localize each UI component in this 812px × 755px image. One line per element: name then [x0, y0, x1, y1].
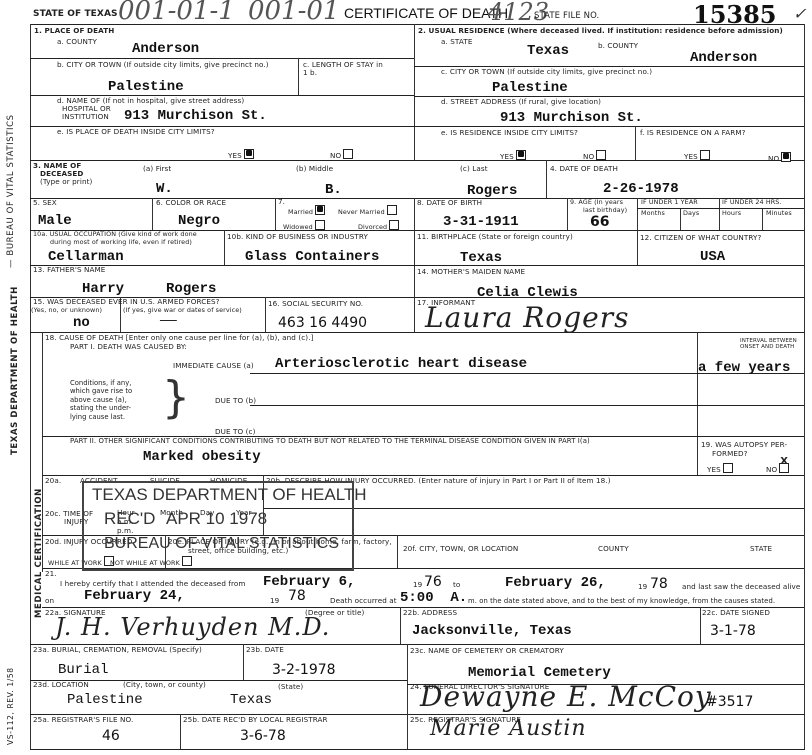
marital-never[interactable]: Never Married [338, 205, 397, 216]
to-label: to [453, 581, 460, 589]
autopsy-label-2: FORMED? [712, 450, 748, 458]
marital-label: 7. [278, 198, 285, 206]
res-city-label: c. CITY OR TOWN (If outside city limits,… [441, 68, 652, 76]
res-county-value[interactable]: Anderson [690, 50, 757, 66]
autopsy-no[interactable]: NO [766, 463, 789, 474]
immediate-cause-label: IMMEDIATE CAUSE (a) [173, 362, 254, 370]
last-seen-date[interactable]: February 24, [84, 588, 185, 604]
due-to-b-label: DUE TO (b) [215, 397, 256, 405]
director-signature[interactable]: Dewayne E. McCoy [420, 680, 712, 713]
side-label-department: TEXAS DEPARTMENT OF HEALTH [10, 286, 20, 455]
pod-inside-limits-label: e. IS PLACE OF DEATH INSIDE CITY LIMITS? [57, 128, 215, 136]
res-farm-yes-checkbox[interactable] [700, 150, 710, 160]
race-value[interactable]: Negro [178, 213, 220, 229]
res-farm-label: f. IS RESIDENCE ON A FARM? [640, 129, 746, 137]
res-farm-yes[interactable]: YES [684, 150, 710, 161]
location-state-sub-label: (State) [278, 683, 303, 691]
attended-from[interactable]: February 6, [263, 574, 355, 590]
cert-text-2: and last saw the deceased alive [682, 583, 800, 591]
armed-forces-label: 15. WAS DECEASED EVER IN U.S. ARMED FORC… [33, 298, 220, 306]
disposition-date-label: 23b. DATE [246, 646, 284, 654]
address-value[interactable]: Jacksonville, Texas [412, 623, 572, 639]
from-year-prefix: 19 [413, 581, 422, 589]
pod-county-value[interactable]: Anderson [132, 41, 199, 57]
first-name-label: (a) First [143, 165, 171, 173]
armed-sub-label-2: (If yes, give war or dates of service) [123, 307, 242, 314]
check-mark: ✓ [793, 4, 806, 23]
autopsy-yes-checkbox[interactable] [723, 463, 733, 473]
res-state-value[interactable]: Texas [527, 43, 569, 59]
death-occurred-label: Death occurred at [330, 597, 397, 605]
part1-label: PART I. DEATH WAS CAUSED BY: [70, 343, 187, 351]
res-farm-no-checkbox[interactable] [781, 152, 791, 162]
last-name-label: (c) Last [460, 165, 488, 173]
dob-value[interactable]: 3-31-1911 [443, 214, 519, 230]
dod-value[interactable]: 2-26-1978 [603, 181, 679, 197]
director-number[interactable]: #3517 [706, 694, 753, 710]
interval-value[interactable]: a few years [698, 360, 790, 376]
last-seen-year-prefix: 19 [270, 597, 279, 605]
stamp-bureau: BUREAU OF VITAL STATISTICS [104, 535, 339, 553]
armed-forces-value[interactable]: no [73, 315, 90, 331]
last-seen-year[interactable]: 78 [288, 588, 306, 604]
due-to-c-label: DUE TO (c) [215, 428, 256, 436]
mother-value[interactable]: Celia Clewis [477, 285, 578, 301]
death-time[interactable]: 5:00 A. [400, 590, 467, 606]
registrar-file-label: 25a. REGISTRAR'S FILE NO. [33, 716, 133, 724]
res-city-value[interactable]: Palestine [492, 80, 568, 96]
age-label-1: 9. AGE (In years [570, 199, 623, 206]
attended-to[interactable]: February 26, [505, 575, 606, 591]
from-year[interactable]: 76 [424, 574, 442, 590]
cert-text-3: m. on the date stated above, and to the … [468, 598, 775, 605]
marital-married[interactable]: Married [288, 205, 325, 216]
citizen-value[interactable]: USA [700, 249, 725, 265]
date-signed-value[interactable]: 3-1-78 [710, 623, 756, 639]
handwritten-code-1: 001-01-1 [118, 0, 235, 26]
to-year[interactable]: 78 [650, 576, 668, 592]
injury-county-label: COUNTY [598, 545, 629, 553]
autopsy-label-1: 19. WAS AUTOPSY PER- [701, 441, 787, 449]
mother-label: 14. MOTHER'S MAIDEN NAME [417, 268, 525, 276]
res-inside-yes-checkbox[interactable] [516, 150, 526, 160]
place-of-death-label: 1. PLACE OF DEATH [34, 27, 114, 35]
days-label: Days [683, 210, 699, 217]
physician-signature[interactable]: J. H. Verhuyden M.D. [55, 613, 330, 641]
cert-label: 21. [45, 570, 57, 578]
marital-divorced-checkbox[interactable] [389, 220, 399, 230]
cause-label: 18. CAUSE OF DEATH [Enter only one cause… [45, 334, 314, 342]
stamp-date: APR 10 1978 [166, 509, 267, 529]
disposition-label: 23a. BURIAL, CREMATION, REMOVAL (Specify… [33, 646, 202, 654]
dob-label: 8. DATE OF BIRTH [417, 199, 482, 207]
on-label: on [45, 597, 54, 605]
name-label-3: (Type or print) [40, 178, 92, 186]
age-value[interactable]: 66 [590, 214, 609, 230]
pod-institution-value[interactable]: 913 Murchison St. [124, 108, 267, 124]
interval-label-2: ONSET AND DEATH [740, 345, 794, 351]
occupation-label-1: 10a. USUAL OCCUPATION (Give kind of work… [33, 231, 197, 238]
stamp-received: REC'D [104, 509, 155, 529]
pod-inside-no-checkbox[interactable] [343, 149, 353, 159]
marital-divorced[interactable]: Divorced [358, 220, 399, 231]
sex-label: 5. SEX [33, 199, 57, 207]
location-label: 23d. LOCATION [33, 681, 89, 689]
immediate-cause-value[interactable]: Arteriosclerotic heart disease [275, 356, 527, 372]
side-label-form-id: VS-112, REV. 1/58 [6, 667, 15, 745]
res-inside-no[interactable]: NO [583, 150, 606, 161]
date-signed-label: 22c. DATE SIGNED [702, 609, 770, 617]
part2-label: PART II. OTHER SIGNIFICANT CONDITIONS CO… [70, 438, 590, 445]
marital-married-checkbox[interactable] [315, 205, 325, 215]
cert-text-1: I hereby certify that I attended the dec… [60, 580, 246, 588]
conditions-brace: } [162, 376, 190, 420]
pod-city-value[interactable]: Palestine [108, 79, 184, 95]
part2-value[interactable]: Marked obesity [143, 449, 261, 465]
side-label-bureau: — BUREAU OF VITAL STATISTICS [6, 114, 16, 268]
ssn-value[interactable]: 463 16 4490 [278, 315, 367, 331]
to-year-prefix: 19 [638, 583, 647, 591]
dod-label: 4. DATE OF DEATH [550, 165, 618, 173]
location-sub-label: (City, town, or county) [123, 681, 206, 689]
race-label: 6. COLOR OR RACE [156, 199, 226, 207]
birthplace-value[interactable]: Texas [460, 250, 502, 266]
state-file-label: STATE FILE NO. [534, 12, 599, 21]
pod-stay-label: c. LENGTH OF STAY in 1 b. [303, 61, 383, 76]
cemetery-label: 23c. NAME OF CEMETERY OR CREMATORY [410, 647, 564, 655]
informant-signature[interactable]: Laura Rogers [425, 301, 630, 334]
injury-type-label: 20a. [45, 477, 61, 485]
middle-name-value[interactable]: B. [325, 182, 342, 198]
state-label: STATE OF TEXAS [33, 10, 118, 19]
cemetery-value[interactable]: Memorial Cemetery [468, 665, 611, 681]
res-inside-limits-label: e. IS RESIDENCE INSIDE CITY LIMITS? [441, 129, 578, 137]
received-stamp: TEXAS DEPARTMENT OF HEALTH REC'D APR 10 … [82, 481, 354, 571]
res-inside-yes[interactable]: YES [500, 150, 526, 161]
pod-inside-yes[interactable]: YES [228, 149, 254, 160]
minutes-label: Minutes [766, 210, 792, 217]
stamp-department: TEXAS DEPARTMENT OF HEALTH [92, 485, 367, 505]
under-year-label: IF UNDER 1 YEAR [641, 199, 698, 206]
disposition-value[interactable]: Burial [58, 662, 108, 678]
autopsy-yes[interactable]: YES [707, 463, 733, 474]
pod-institution-label-3: INSTITUTION [62, 113, 109, 121]
under-24-label: IF UNDER 24 HRS. [722, 199, 782, 206]
res-county-label: b. COUNTY [598, 42, 638, 50]
registrar-file-value[interactable]: 46 [102, 728, 120, 744]
ssn-label: 16. SOCIAL SECURITY NO. [268, 300, 363, 308]
first-name-value[interactable]: W. [156, 181, 173, 197]
pod-inside-yes-checkbox[interactable] [244, 149, 254, 159]
sex-value[interactable]: Male [38, 213, 72, 229]
disposition-date-value[interactable]: 3-2-1978 [272, 662, 336, 678]
pod-inside-no[interactable]: NO [330, 149, 353, 160]
service-value[interactable]: —— [160, 313, 177, 329]
location-city-value[interactable]: Palestine [67, 692, 143, 708]
conditions-note: Conditions, if any, which gave rise to a… [70, 379, 132, 421]
hours-label: Hours [722, 210, 741, 217]
father-value[interactable]: Harry Rogers [82, 281, 216, 297]
marital-never-checkbox[interactable] [387, 205, 397, 215]
father-label: 13. FATHER'S NAME [33, 266, 105, 274]
res-street-value[interactable]: 913 Murchison St. [500, 110, 643, 126]
armed-sub-label-1: (Yes, no, or unknown) [31, 307, 102, 314]
marital-widowed[interactable]: Widowed [283, 220, 325, 231]
res-state-label: a. STATE [441, 38, 472, 46]
age-label-2: last birthday) [583, 207, 627, 214]
business-label: 10b. KIND OF BUSINESS OR INDUSTRY [227, 233, 368, 241]
registrar-date-label: 25b. DATE REC'D BY LOCAL REGISTRAR [183, 716, 328, 724]
residence-label: 2. USUAL RESIDENCE (Where deceased lived… [418, 27, 783, 35]
res-street-label: d. STREET ADDRESS (If rural, give locati… [441, 98, 601, 106]
registrar-date-value[interactable]: 3-6-78 [240, 728, 286, 744]
address-label: 22b. ADDRESS [403, 609, 457, 617]
registrar-signature[interactable]: Marie Austin [430, 716, 587, 741]
injury-location-label: 20f. CITY, TOWN, OR LOCATION [403, 545, 518, 553]
pod-city-label: b. CITY OR TOWN (If outside city limits,… [57, 61, 269, 69]
business-value[interactable]: Glass Containers [245, 249, 379, 265]
middle-name-label: (b) Middle [296, 165, 333, 173]
location-state-value[interactable]: Texas [230, 692, 272, 708]
autopsy-no-checkbox[interactable] [779, 463, 789, 473]
citizen-label: 12. CITIZEN OF WHAT COUNTRY? [640, 234, 761, 242]
certificate-title: CERTIFICATE OF DEATH [344, 5, 508, 21]
res-inside-no-checkbox[interactable] [596, 150, 606, 160]
last-name-value[interactable]: Rogers [467, 183, 517, 199]
months-label: Months [641, 210, 665, 217]
res-farm-no[interactable]: NO [768, 152, 791, 163]
occupation-label-2: during most of working life, even if ret… [50, 239, 192, 246]
pod-county-label: a. COUNTY [57, 38, 97, 46]
injury-state-label: STATE [750, 545, 772, 553]
handwritten-code-2: 001-01 [248, 0, 340, 26]
marital-widowed-checkbox[interactable] [315, 220, 325, 230]
occupation-value[interactable]: Cellarman [48, 249, 124, 265]
birthplace-label: 11. BIRTHPLACE (State or foreign country… [417, 233, 573, 241]
